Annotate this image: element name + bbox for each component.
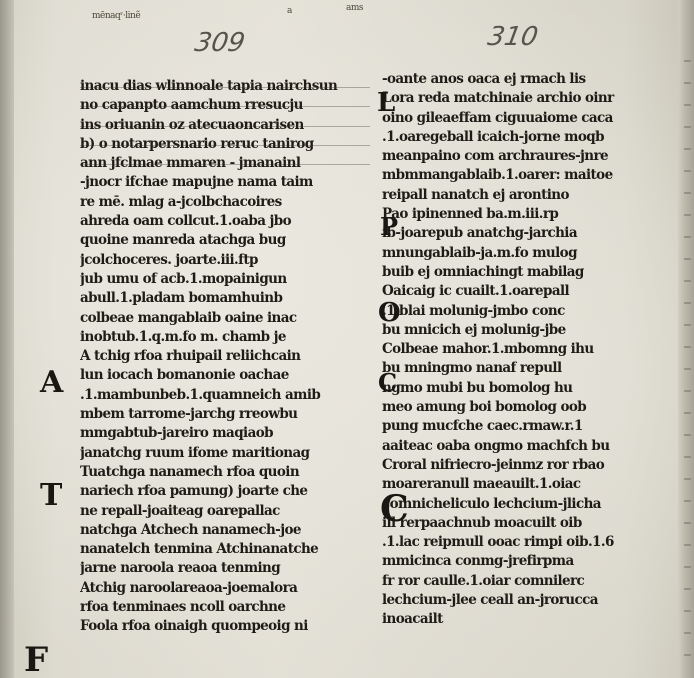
manuscript-line: inacu dias wlinnoale tapia nairchsun xyxy=(80,77,370,96)
page-gutter-left xyxy=(0,0,14,678)
manuscript-line: fr ror caulle.1.oiar comnilerc xyxy=(382,572,682,591)
edge-mark xyxy=(684,214,691,216)
header-marginal-note: mēnaqʳ·linẽ xyxy=(92,11,140,21)
header-mark: a xyxy=(287,6,292,16)
decorated-initial-t: T xyxy=(40,478,62,513)
manuscript-line: Atchig naroolareaoa-joemalora xyxy=(80,579,370,598)
edge-mark xyxy=(684,126,691,128)
manuscript-line: mbem tarrome-jarchg rreowbu xyxy=(80,405,370,424)
manuscript-line: no capanpto aamchum rresucju xyxy=(80,96,370,115)
manuscript-line: moareranull maeauilt.1.oiac xyxy=(382,475,682,494)
manuscript-line: quoine manreda atachga bug xyxy=(80,231,370,250)
manuscript-line: mmgabtub-jareiro maqiaob xyxy=(80,424,370,443)
manuscript-line: -oante anos oaca ej rmach lis xyxy=(382,70,682,89)
edge-mark xyxy=(684,500,691,502)
decorated-initial-f: F xyxy=(24,640,48,678)
manuscript-line: abull.1.pladam bomamhuinb xyxy=(80,289,370,308)
manuscript-line: .1.mambunbeb.1.quamneich amib xyxy=(80,386,370,405)
manuscript-line: lechcium-jlee ceall an-jrorucca xyxy=(382,591,682,610)
folio-number-left: 309 xyxy=(192,28,247,58)
edge-mark xyxy=(684,302,691,304)
left-text-column: inacu dias wlinnoale tapia nairchsunno c… xyxy=(80,77,370,637)
manuscript-line: .1.blai molunig-jmbo conc xyxy=(382,302,682,321)
edge-mark xyxy=(684,280,691,282)
manuscript-line: ne repall-joaiteag oarepallac xyxy=(80,502,370,521)
manuscript-line: ib-joarepub anatchg-jarchia xyxy=(382,224,682,243)
manuscript-line: Pao ipinenned ba.m.iii.rp xyxy=(382,205,682,224)
manuscript-line: comnicheliculo lechcium-jlicha xyxy=(382,495,682,514)
edge-mark xyxy=(684,324,691,326)
edge-mark xyxy=(684,478,691,480)
manuscript-line: Foola rfoa oinaigh quompeoig ni xyxy=(80,617,370,636)
edge-mark xyxy=(684,610,691,612)
edge-mark xyxy=(684,456,691,458)
manuscript-line: .1.oaregeball icaich-jorne moqb xyxy=(382,128,682,147)
decorated-initial-c: C xyxy=(378,368,397,397)
manuscript-line: inoacailt xyxy=(382,610,682,629)
manuscript-line: jub umu of acb.1.mopainigun xyxy=(80,270,370,289)
manuscript-line: mbmmangablaib.1.oarer: maitoe xyxy=(382,166,682,185)
manuscript-line: -jnocr ifchae mapujne nama taim xyxy=(80,173,370,192)
manuscript-line: ngmo mubi bu bomolog hu xyxy=(382,379,682,398)
manuscript-line: Tuatchga nanamech rfoa quoin xyxy=(80,463,370,482)
folio-number-right: 310 xyxy=(485,22,540,52)
manuscript-line: rfoa tenminaes ncoll oarchne xyxy=(80,598,370,617)
decorated-initial-l: L xyxy=(377,88,395,118)
edge-mark xyxy=(684,104,691,106)
manuscript-line: ill rerpaachnub moacuilt oib xyxy=(382,514,682,533)
manuscript-line: mnungablaib-ja.m.fo mulog xyxy=(382,244,682,263)
decorated-initial-o: O xyxy=(378,298,401,328)
decorated-initial-a: A xyxy=(40,365,63,400)
edge-mark xyxy=(684,566,691,568)
manuscript-line: pung mucfche caec.rmaw.r.1 xyxy=(382,417,682,436)
edge-mark xyxy=(684,192,691,194)
manuscript-line: oino gileaeffam ciguuaiome caca xyxy=(382,109,682,128)
manuscript-line: inobtub.1.q.m.fo m. chamb je xyxy=(80,328,370,347)
manuscript-page: mēnaqʳ·linẽ a ams 309 310 inacu dias wli… xyxy=(0,0,694,678)
decorated-initial-c-large: C xyxy=(380,488,409,530)
manuscript-line: .1.lac reipmull ooac rimpi oib.1.6 xyxy=(382,533,682,552)
header-catchword: ams xyxy=(346,3,363,13)
manuscript-line: jcolchoceres. joarte.iii.ftp xyxy=(80,251,370,270)
manuscript-line: nariech rfoa pamung) joarte che xyxy=(80,482,370,501)
manuscript-line: nanatelch tenmina Atchinanatche xyxy=(80,540,370,559)
manuscript-line: janatchg ruum ifome maritionag xyxy=(80,444,370,463)
edge-mark xyxy=(684,654,691,656)
edge-mark xyxy=(684,60,691,62)
manuscript-line: bu mnicich ej molunig-jbe xyxy=(382,321,682,340)
edge-mark xyxy=(684,170,691,172)
manuscript-line: ahreda oam collcut.1.oaba jbo xyxy=(80,212,370,231)
manuscript-line: ann jfclmae mmaren - jmanainl xyxy=(80,154,370,173)
edge-mark xyxy=(684,390,691,392)
edge-mark xyxy=(684,258,691,260)
manuscript-line: b) o notarpersnario reruc tanirog xyxy=(80,135,370,154)
edge-mark xyxy=(684,82,691,84)
manuscript-line: Lora reda matchinaie archio oinr xyxy=(382,89,682,108)
edge-mark xyxy=(684,434,691,436)
manuscript-line: jarne naroola reaoa tenming xyxy=(80,559,370,578)
edge-mark xyxy=(684,632,691,634)
decorated-initial-p: P xyxy=(380,212,398,241)
edge-mark xyxy=(684,236,691,238)
manuscript-line: meo amung boi bomolog oob xyxy=(382,398,682,417)
manuscript-line: meanpaino com archraures-jnre xyxy=(382,147,682,166)
manuscript-line: aaiteac oaba ongmo machfch bu xyxy=(382,437,682,456)
manuscript-line: bu mningmo nanaf repull xyxy=(382,359,682,378)
manuscript-line: colbeae mangablaib oaine inac xyxy=(80,309,370,328)
manuscript-line: re mē. mlag a-jcolbchacoires xyxy=(80,193,370,212)
manuscript-line: Oaicaig ic cuailt.1.oarepall xyxy=(382,282,682,301)
edge-mark xyxy=(684,588,691,590)
manuscript-line: mmicinca conmg-jrefirpma xyxy=(382,552,682,571)
right-text-column: -oante anos oaca ej rmach lisLora reda m… xyxy=(382,70,682,630)
edge-mark xyxy=(684,346,691,348)
manuscript-line: reipall nanatch ej arontino xyxy=(382,186,682,205)
edge-mark xyxy=(684,148,691,150)
edge-mark xyxy=(684,412,691,414)
manuscript-line: ins oriuanin oz atecuaoncarisen xyxy=(80,116,370,135)
manuscript-line: lun iocach bomanonie oachae xyxy=(80,366,370,385)
manuscript-line: buib ej omniachingt mabilag xyxy=(382,263,682,282)
manuscript-line: A tchig rfoa rhuipail reliichcain xyxy=(80,347,370,366)
edge-mark xyxy=(684,522,691,524)
manuscript-line: Colbeae mahor.1.mbomng ihu xyxy=(382,340,682,359)
edge-mark xyxy=(684,544,691,546)
edge-mark xyxy=(684,368,691,370)
manuscript-line: Croral nifriecro-jeinmz ror rbao xyxy=(382,456,682,475)
manuscript-line: natchga Atchech nanamech-joe xyxy=(80,521,370,540)
